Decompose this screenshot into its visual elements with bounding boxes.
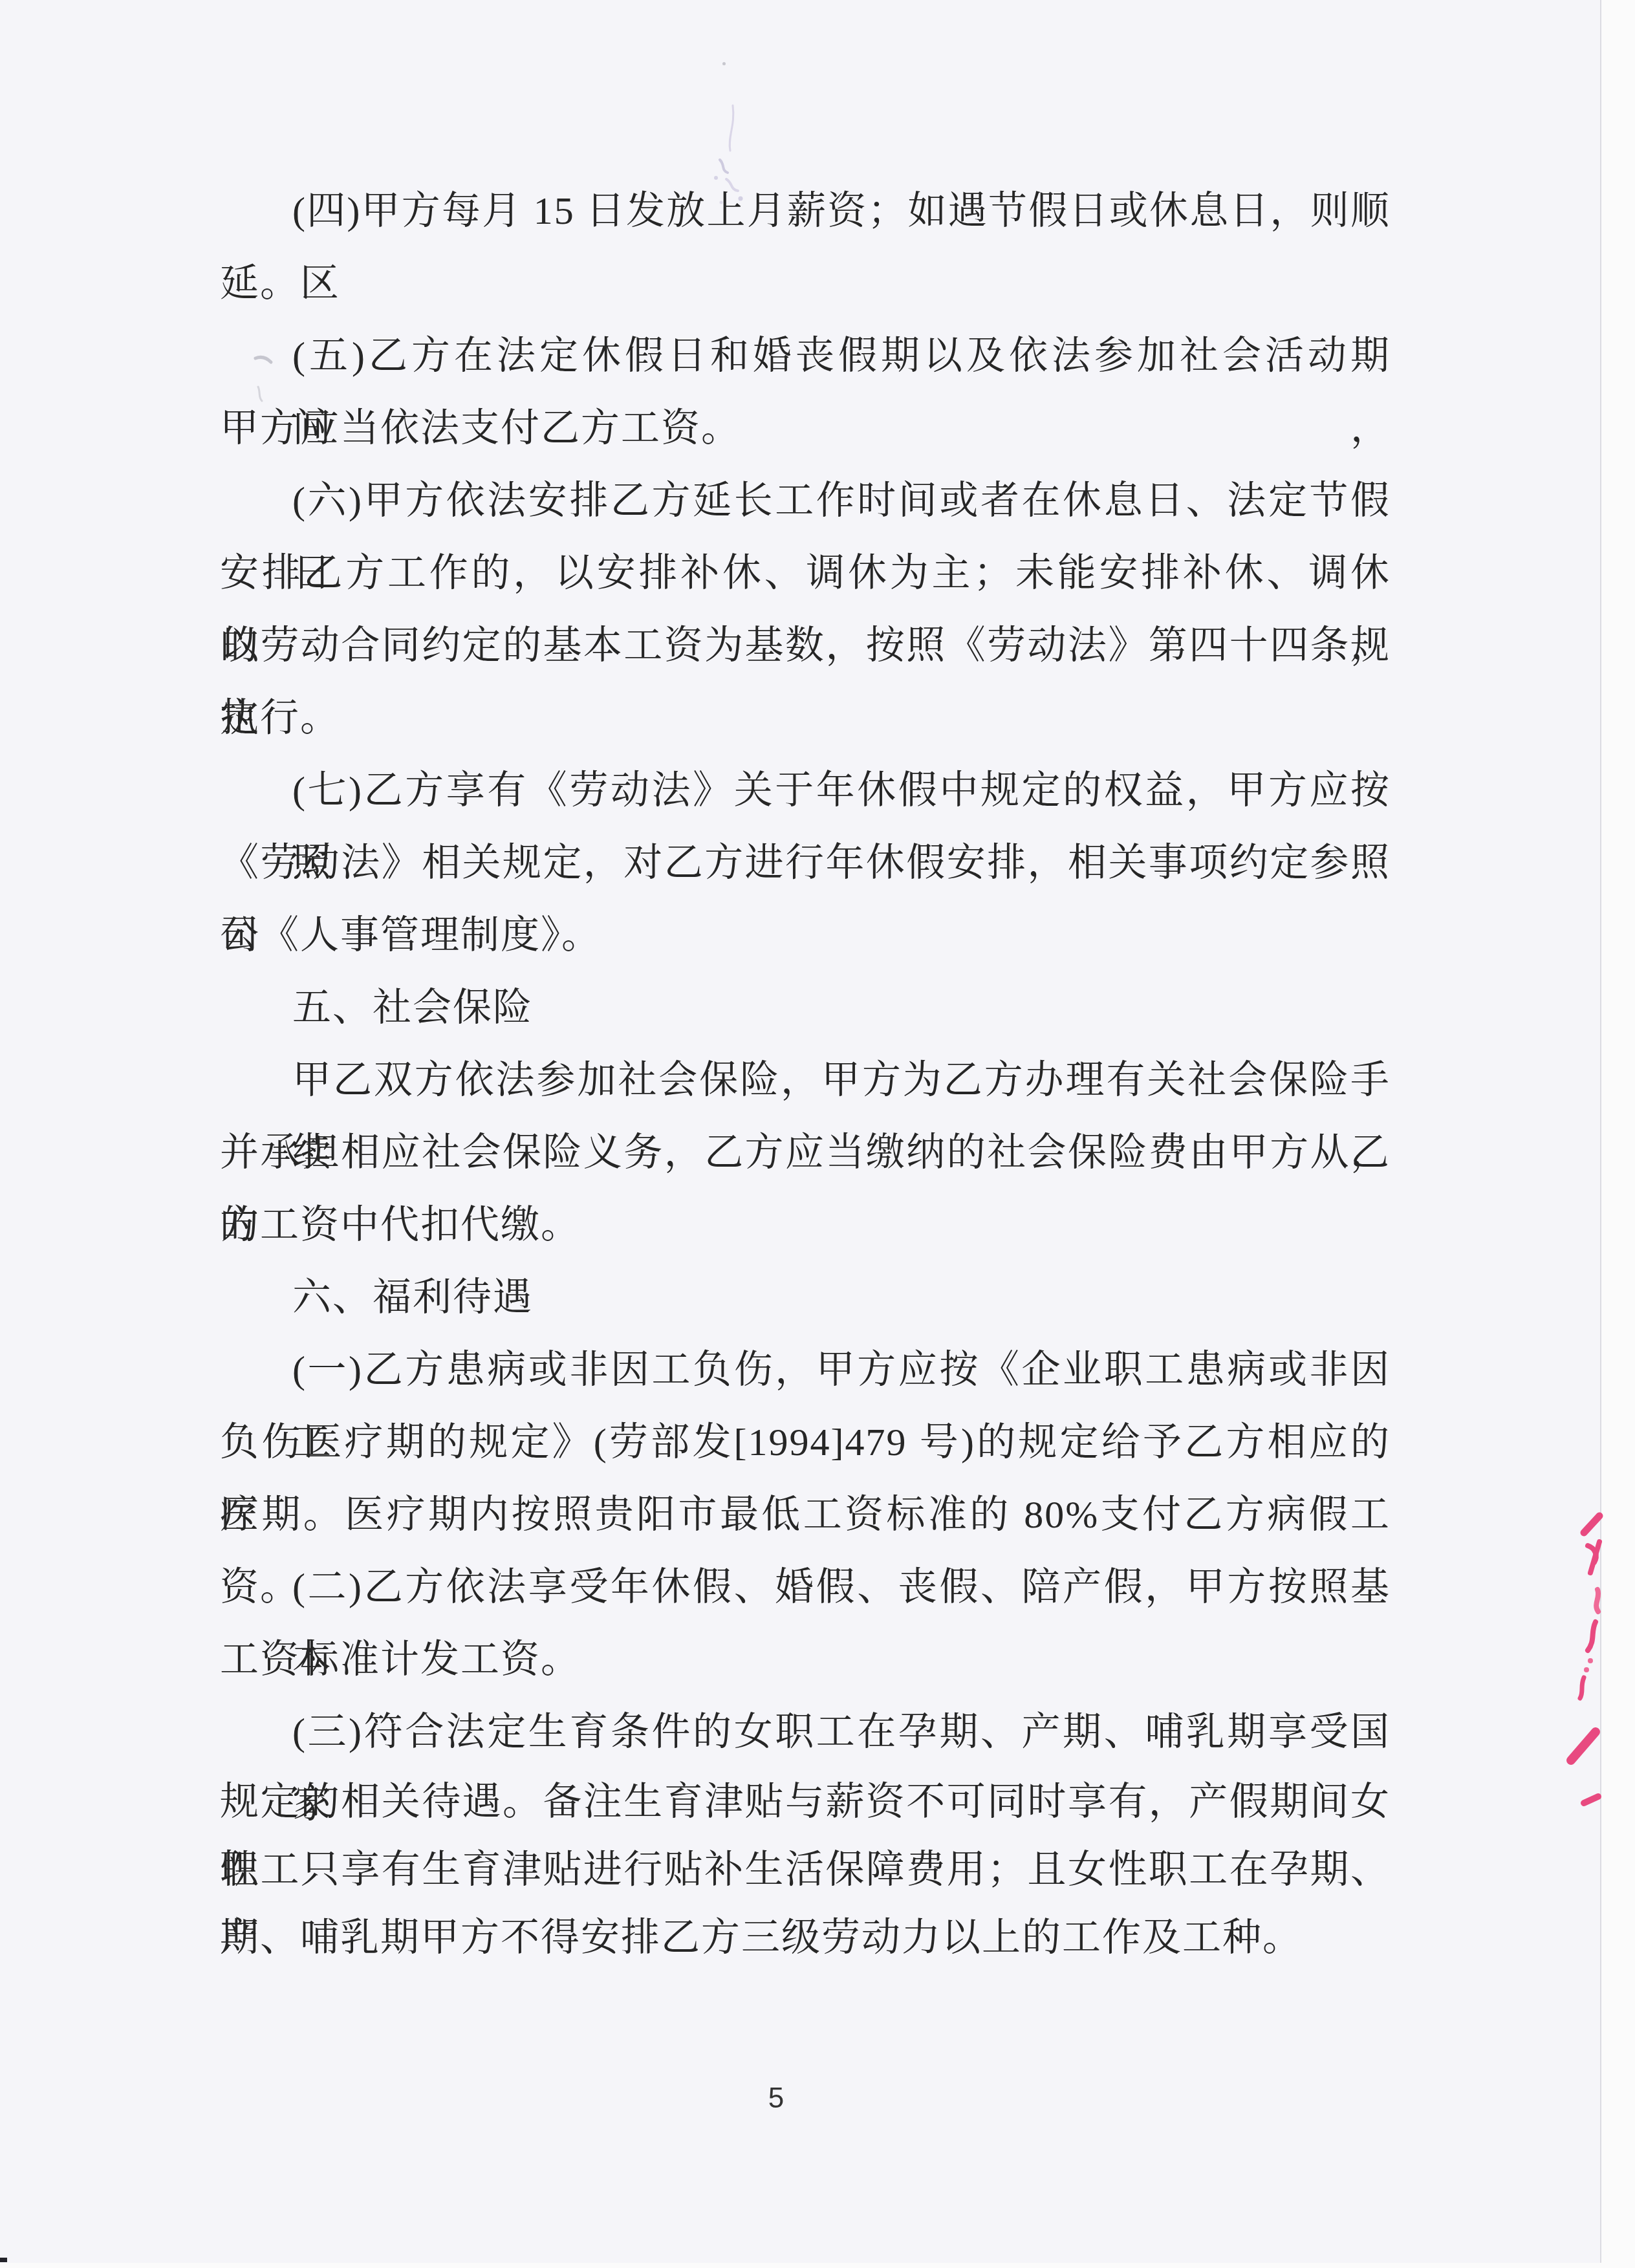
contract-line: (三)符合法定生育条件的女职工在孕期、产期、哺乳期享受国家	[220, 1696, 1391, 1768]
page-bottom-edge	[0, 2263, 1635, 2268]
contract-line: 规定的相关待遇。备注生育津贴与薪资不可同时享有，产假期间女性	[220, 1768, 1391, 1836]
contract-line: 工资标准计发工资。	[220, 1623, 1391, 1696]
contract-line: (五)乙方在法定休假日和婚丧假期以及依法参加社会活动期间，	[220, 319, 1391, 392]
section-heading: 五、社会保险	[220, 971, 1391, 1044]
contract-line: (一)乙方患病或非因工负伤，甲方应按《企业职工患病或非因工	[220, 1334, 1391, 1406]
contract-line: 疗期。医疗期内按照贵阳市最低工资标准的 80%支付乙方病假工资。	[220, 1478, 1391, 1551]
contract-line: (六)甲方依法安排乙方延长工作时间或者在休息日、法定节假日	[220, 464, 1391, 537]
contract-line: 负伤医疗期的规定》(劳部发[1994]479 号)的规定给予乙方相应的医	[220, 1406, 1391, 1478]
contract-line: 职工只享有生育津贴进行贴补生活保障费用；且女性职工在孕期、产	[220, 1836, 1391, 1904]
contract-line: 以劳动合同约定的基本工资为基数，按照《劳动法》第四十四条规定	[220, 609, 1391, 682]
contract-line: 安排乙方工作的，以安排补休、调休为主；未能安排补休、调休的，	[220, 537, 1391, 609]
contract-line: 《劳动法》相关规定，对乙方进行年休假安排，相关事项约定参照公	[220, 826, 1391, 899]
scanner-background-strip	[1601, 0, 1635, 2268]
contract-line: (二)乙方依法享受年休假、婚假、丧假、陪产假，甲方按照基本	[220, 1551, 1391, 1623]
contract-line: 执行。	[220, 682, 1391, 754]
contract-line: 并承担相应社会保险义务，乙方应当缴纳的社会保险费由甲方从乙方	[220, 1116, 1391, 1189]
contract-line: 的工资中代扣代缴。	[220, 1189, 1391, 1261]
pink-ink-marks	[1562, 1500, 1604, 1811]
contract-line: 司《人事管理制度》。	[220, 899, 1391, 971]
contract-line: 期、哺乳期甲方不得安排乙方三级劳动力以上的工作及工种。	[220, 1904, 1391, 1972]
contract-line: (七)乙方享有《劳动法》关于年休假中规定的权益，甲方应按照	[220, 754, 1391, 826]
dust-speck	[722, 62, 726, 65]
contract-line: (四)甲方每月 15 日发放上月薪资；如遇节假日或休息日，则顺	[220, 175, 1391, 247]
contract-line: 延。区	[220, 247, 1391, 319]
contract-line: 甲乙双方依法参加社会保险，甲方为乙方办理有关社会保险手续，	[220, 1044, 1391, 1116]
section-heading: 六、福利待遇	[220, 1261, 1391, 1334]
contract-text-block: (四)甲方每月 15 日发放上月薪资；如遇节假日或休息日，则顺 延。区 (五)乙…	[220, 175, 1391, 1972]
paper-edge-line	[1600, 0, 1601, 2268]
page-number: 5	[755, 2082, 797, 2115]
scan-corner-artifact	[0, 2258, 7, 2262]
